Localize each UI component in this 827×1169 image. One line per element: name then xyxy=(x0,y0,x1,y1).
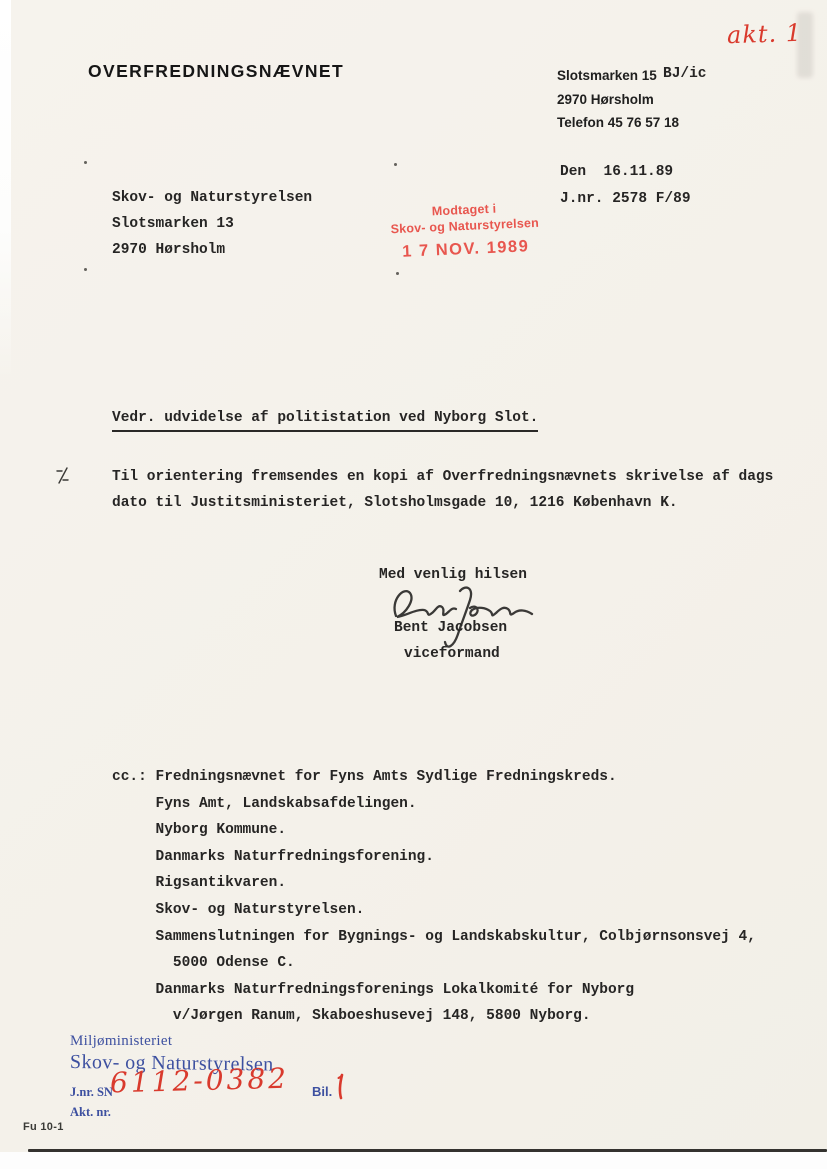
cc-line: cc.: Fredningsnævnet for Fyns Amts Sydli… xyxy=(112,764,756,791)
sender-address-block: Slotsmarken 15 2970 Hørsholm Telefon 45 … xyxy=(557,64,679,135)
cc-line: Nyborg Kommune. xyxy=(112,817,756,844)
letter-page: OVERFREDNINGSNÆVNET Slotsmarken 15 2970 … xyxy=(0,0,827,1169)
letter-date: Den 16.11.89 xyxy=(560,164,673,180)
margin-check-mark xyxy=(55,466,71,486)
sender-street: Slotsmarken 15 xyxy=(557,64,679,88)
cc-line: Rigsantikvaren. xyxy=(112,870,756,897)
recipient-block: Skov- og NaturstyrelsenSlotsmarken 13297… xyxy=(112,185,312,263)
sender-org-name: OVERFREDNINGSNÆVNET xyxy=(88,61,344,82)
cc-line: Sammenslutningen for Bygnings- og Landsk… xyxy=(112,924,756,951)
body-line: dato til Justitsministeriet, Slotsholmsg… xyxy=(112,490,773,516)
body-line: Til orientering fremsendes en kopi af Ov… xyxy=(112,464,773,490)
scan-speck xyxy=(394,163,397,166)
recipient-line: Skov- og Naturstyrelsen xyxy=(112,185,312,211)
subject-text: Vedr. udvidelse af politistation ved Nyb… xyxy=(112,410,538,432)
cc-line: Fyns Amt, Landskabsafdelingen. xyxy=(112,791,756,818)
form-code: Fu 10-1 xyxy=(23,1121,64,1133)
scan-speck xyxy=(84,268,87,271)
body-block: Til orientering fremsendes en kopi af Ov… xyxy=(112,464,773,517)
bil-label: Bil. xyxy=(312,1084,332,1099)
recipient-line: 2970 Hørsholm xyxy=(112,237,312,263)
scan-background-bottom xyxy=(0,1152,827,1169)
cc-line: v/Jørgen Ranum, Skaboeshusevej 148, 5800… xyxy=(112,1003,756,1030)
received-stamp: Modtaget i Skov- og Naturstyrelsen 1 7 N… xyxy=(385,200,545,263)
received-stamp-date: 1 7 NOV. 1989 xyxy=(386,237,545,263)
sender-city: 2970 Hørsholm xyxy=(557,88,679,112)
handwritten-akt-note: akt. 1 xyxy=(727,19,803,50)
signer-title: viceformand xyxy=(404,646,500,662)
journal-number: J.nr. 2578 F/89 xyxy=(560,191,691,207)
cc-line: Danmarks Naturfredningsforening. xyxy=(112,844,756,871)
handwritten-bil-number xyxy=(336,1072,348,1102)
subject-line: Vedr. udvidelse af politistation ved Nyb… xyxy=(112,410,538,426)
scan-edge-left xyxy=(0,0,11,380)
cc-line: 5000 Odense C. xyxy=(112,950,756,977)
registry-ministry: Miljøministeriet xyxy=(70,1033,274,1050)
registry-akt-label: Akt. nr. xyxy=(70,1105,274,1120)
clerk-initials: BJ/ic xyxy=(663,66,707,82)
scan-speck xyxy=(84,161,87,164)
sender-phone: Telefon 45 76 57 18 xyxy=(557,111,679,135)
cc-block: cc.: Fredningsnævnet for Fyns Amts Sydli… xyxy=(112,764,756,1030)
recipient-line: Slotsmarken 13 xyxy=(112,211,312,237)
cc-line: Skov- og Naturstyrelsen. xyxy=(112,897,756,924)
signer-name: Bent Jacobsen xyxy=(394,620,507,636)
scan-speck xyxy=(396,272,399,275)
handwritten-journal-number: 6112-0382 xyxy=(110,1062,290,1100)
cc-line: Danmarks Naturfredningsforenings Lokalko… xyxy=(112,977,756,1004)
